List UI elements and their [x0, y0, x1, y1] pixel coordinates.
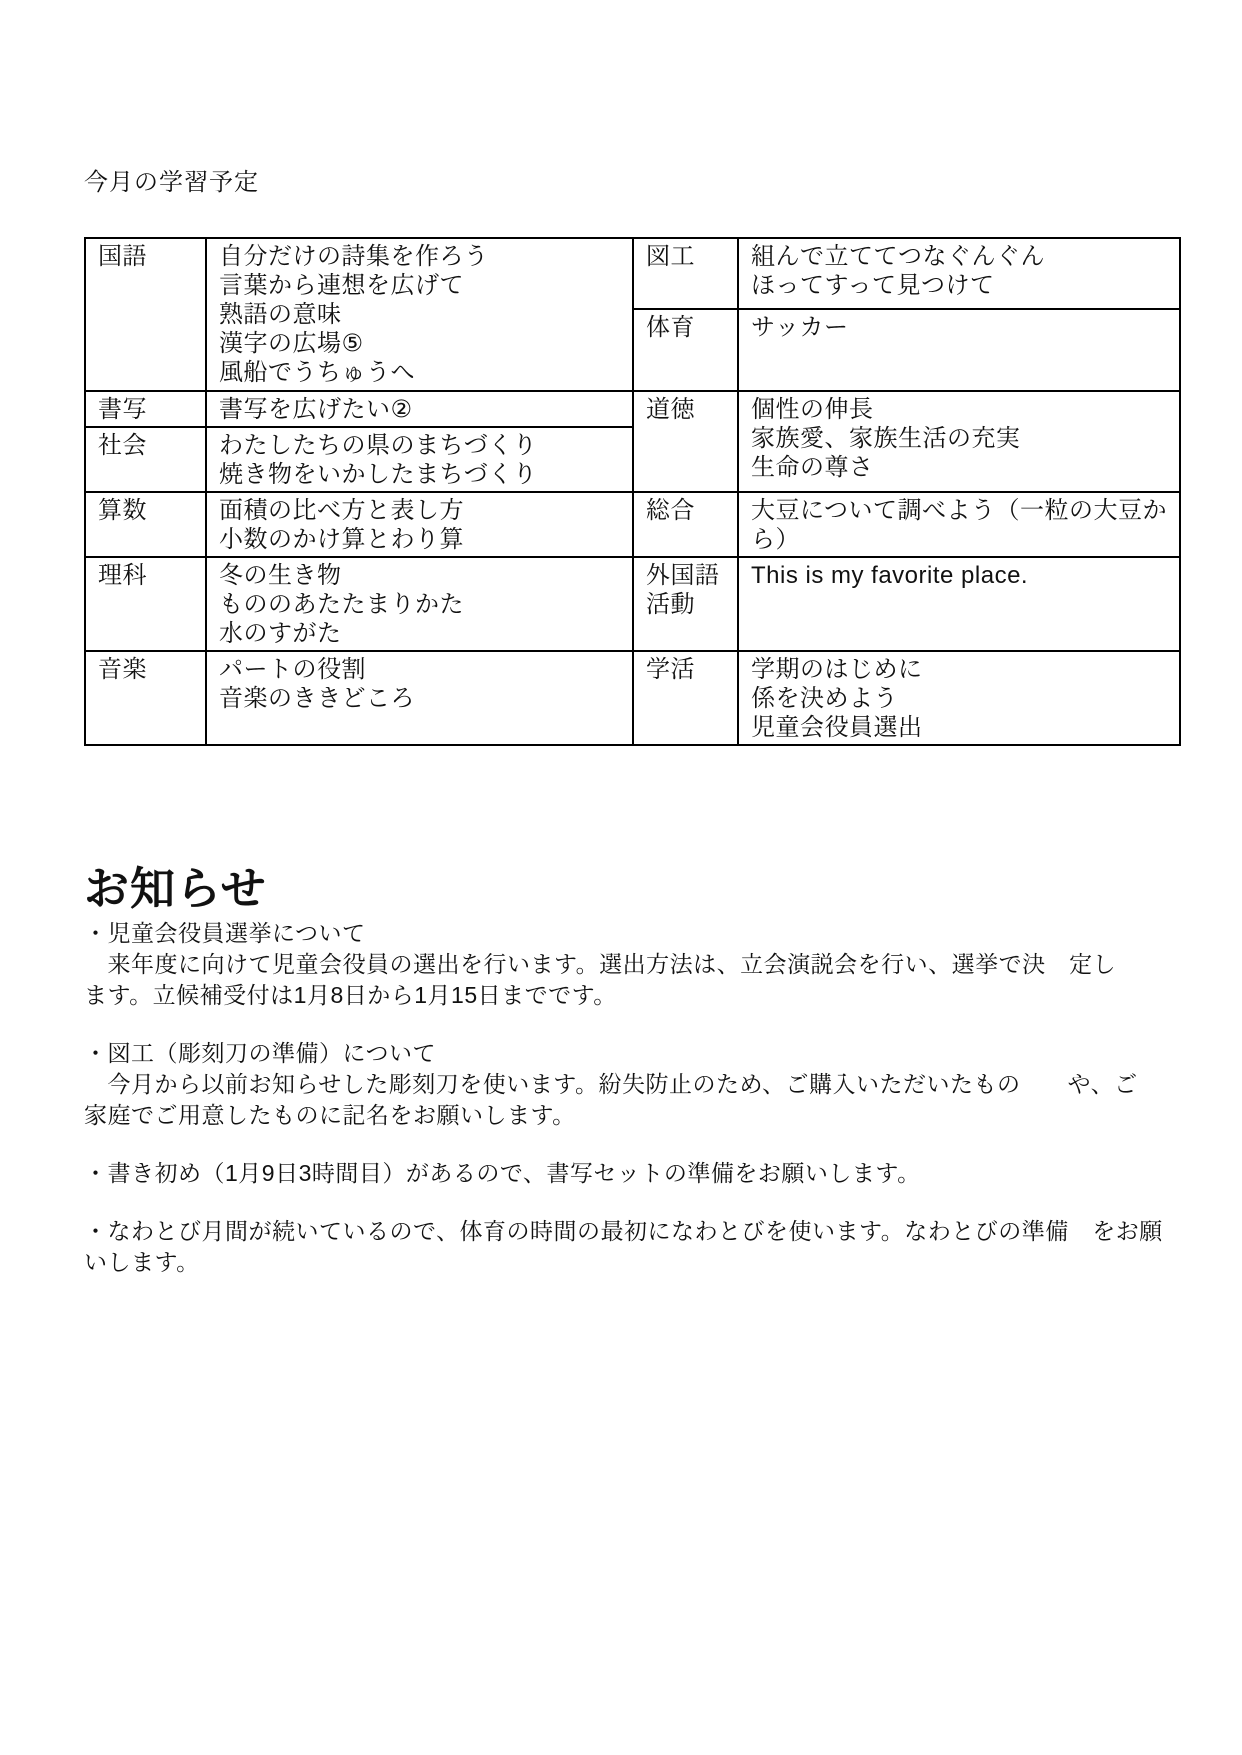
subject-content-sansu: 面積の比べ方と表し方 小数のかけ算とわり算 [206, 492, 633, 557]
subject-content-shosha: 書写を広げたい② [206, 391, 633, 427]
subject-content-kokugo: 自分だけの詩集を作ろう 言葉から連想を広げて 熟語の意味 漢字の広場⑤ 風船でう… [206, 238, 633, 391]
announcement-item-nawatobi: ・なわとび月間が続いているので、体育の時間の最初になわとびを使います。なわとびの… [84, 1216, 1196, 1278]
subject-label-shakai: 社会 [85, 427, 206, 492]
subject-content-gaikokugo: This is my favorite place. [738, 557, 1180, 651]
subject-content-dotoku: 個性の伸長 家族愛、家族生活の充実 生命の尊さ [738, 391, 1180, 492]
table-row: 算数 面積の比べ方と表し方 小数のかけ算とわり算 総合 大豆について調べよう（一… [85, 492, 1180, 557]
table-row: 理科 冬の生き物 もののあたたまりかた 水のすがた 外国語活動 This is … [85, 557, 1180, 651]
subject-label-gakkatsu: 学活 [633, 651, 738, 745]
subject-label-taiiku: 体育 [633, 309, 738, 391]
schedule-section-title: 今月の学習予定 [84, 168, 1184, 198]
announcement-item-election: ・児童会役員選挙について 来年度に向けて児童会役員の選出を行います。選出方法は、… [84, 918, 1196, 1011]
schedule-table: 国語 自分だけの詩集を作ろう 言葉から連想を広げて 熟語の意味 漢字の広場⑤ 風… [84, 237, 1181, 746]
announcement-item-kakizome: ・書き初め（1月9日3時間目）があるので、書写セットの準備をお願いします。 [84, 1158, 1196, 1189]
subject-content-taiiku: サッカー [738, 309, 1180, 391]
subject-label-ongaku: 音楽 [85, 651, 206, 745]
subject-label-gaikokugo: 外国語活動 [633, 557, 738, 651]
subject-label-sogo: 総合 [633, 492, 738, 557]
announcements-section: お知らせ ・児童会役員選挙について 来年度に向けて児童会役員の選出を行います。選… [84, 863, 1196, 1278]
subject-content-rika: 冬の生き物 もののあたたまりかた 水のすがた [206, 557, 633, 651]
subject-content-zuko: 組んで立ててつなぐんぐん ほってすって見つけて [738, 238, 1180, 309]
subject-label-shosha: 書写 [85, 391, 206, 427]
subject-label-dotoku: 道徳 [633, 391, 738, 492]
newsletter-page: 今月の学習予定 国語 自分だけの詩集を作ろう 言葉から連想を広げて 熟語の意味 … [84, 0, 1184, 1305]
subject-label-sansu: 算数 [85, 492, 206, 557]
subject-content-gakkatsu: 学期のはじめに 係を決めよう 児童会役員選出 [738, 651, 1180, 745]
subject-label-kokugo: 国語 [85, 238, 206, 391]
subject-content-ongaku: パートの役割 音楽のききどころ [206, 651, 633, 745]
subject-content-shakai: わたしたちの県のまちづくり 焼き物をいかしたまちづくり [206, 427, 633, 492]
subject-label-rika: 理科 [85, 557, 206, 651]
announcements-heading: お知らせ [84, 863, 1196, 915]
subject-label-zuko: 図工 [633, 238, 738, 309]
announcement-item-carving-knife: ・図工（彫刻刀の準備）について 今月から以前お知らせした彫刻刀を使います。紛失防… [84, 1038, 1196, 1131]
table-row: 音楽 パートの役割 音楽のききどころ 学活 学期のはじめに 係を決めよう 児童会… [85, 651, 1180, 745]
subject-content-sogo: 大豆について調べよう（一粒の大豆から） [738, 492, 1180, 557]
table-row: 書写 書写を広げたい② 道徳 個性の伸長 家族愛、家族生活の充実 生命の尊さ [85, 391, 1180, 427]
table-row: 国語 自分だけの詩集を作ろう 言葉から連想を広げて 熟語の意味 漢字の広場⑤ 風… [85, 238, 1180, 309]
